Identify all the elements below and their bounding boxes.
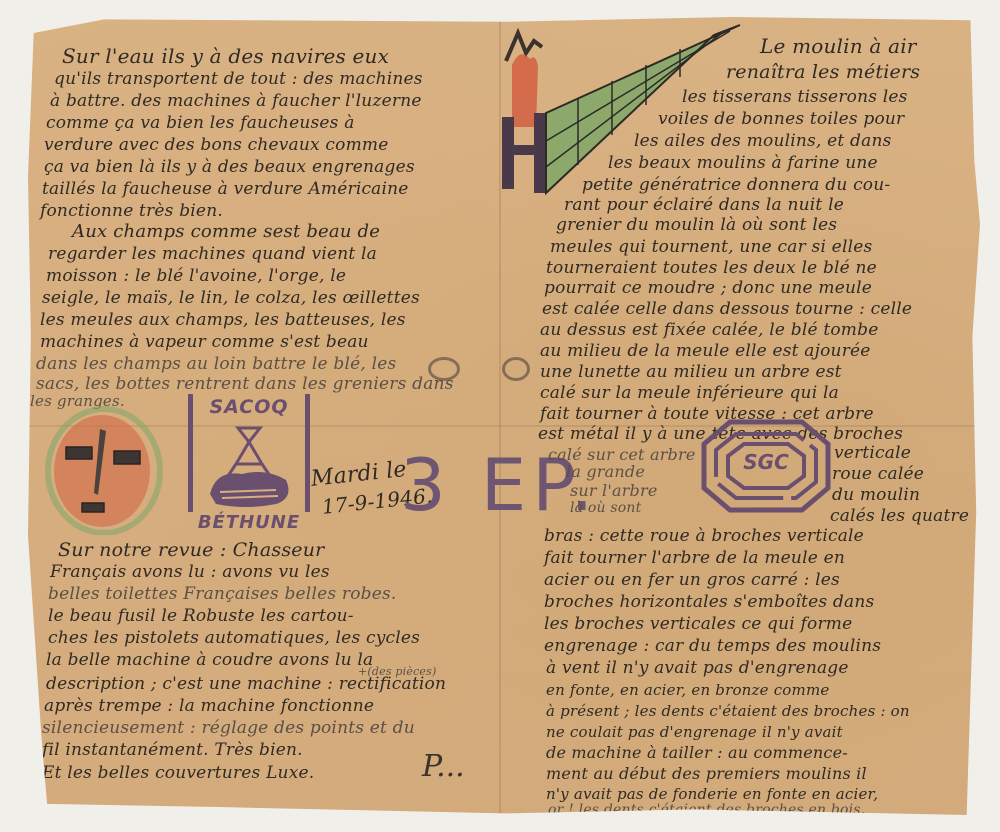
text-line: machines à vapeur comme s'est beau (40, 331, 369, 353)
text-line: ment au début des premiers moulins il (546, 763, 867, 785)
text-line: regarder les machines quand vient la (48, 243, 377, 265)
text-line: Le moulin à air (760, 35, 917, 57)
date-label: Mardi le (310, 459, 408, 491)
sgc-stamp: SGC (700, 418, 832, 514)
text-line: verticale (834, 442, 911, 464)
text-line: est calée celle dans dessous tourne : ce… (542, 298, 912, 320)
text-line: au dessus est fixée calée, le blé tombe (540, 319, 878, 341)
text-line: seigle, le maïs, le lin, le colza, les œ… (42, 287, 420, 309)
text-line: bras : cette roue à broches verticale (544, 525, 864, 547)
stamp-title: SACOQ (188, 396, 310, 418)
text-line: description ; c'est une machine : rectif… (46, 673, 446, 695)
signature: P... (422, 749, 465, 784)
text-line: calé sur la meule inférieure qui la (540, 382, 839, 404)
text-line: ça va bien là ils y à des beaux engrenag… (44, 156, 415, 178)
text-line: les meules aux champs, les batteuses, le… (40, 309, 406, 331)
text-line: les broches verticales ce qui forme (544, 613, 852, 635)
text-line: une lunette au milieu un arbre est (540, 361, 842, 383)
text-line: la belle machine à coudre avons lu la (46, 649, 373, 671)
text-line: après trempe : la machine fonctionne (44, 695, 374, 717)
coal-mine-headframe-icon (206, 424, 292, 508)
letter-paper: Sur l'eau ils y à des navires eux qu'ils… (28, 17, 980, 815)
text-line: comme ça va bien les faucheuses à (46, 112, 355, 134)
text-line: broches horizontales s'emboîtes dans (544, 591, 874, 613)
text-line: dans les champs au loin battre le blé, l… (36, 353, 396, 375)
text-line: silencieusement : réglage des points et … (42, 717, 415, 739)
text-line: verdure avec des bons chevaux comme (44, 134, 388, 156)
text-line: taillés la faucheuse à verdure Américain… (42, 178, 409, 200)
sgc-label: SGC (740, 450, 792, 474)
text-line: Sur l'eau ils y à des navires eux (62, 45, 389, 67)
saco-bethune-stamp: SACOQ BÉTHUNE (188, 390, 310, 538)
text-line: fonctionne très bien. (40, 200, 223, 222)
text-line: en fonte, en acier, en bronze comme (546, 679, 829, 701)
text-line: voiles de bonnes toiles pour (658, 108, 904, 130)
text-line: Sur notre revue : Chasseur (58, 539, 324, 561)
text-line: de machine à tailler : au commence- (546, 742, 848, 764)
text-line: les ailes des moulins, et dans (634, 130, 892, 152)
text-line: pourrait ce moudre ; donc une meule (544, 277, 872, 299)
text-line: grenier du moulin là où sont les (556, 214, 837, 236)
text-line: petite génératrice donnera du cou- (582, 174, 890, 196)
text-line: Aux champs comme sest beau de (72, 221, 380, 243)
right-column: Le moulin à air renaîtra les métiers les… (498, 17, 980, 815)
text-line: rant pour éclairé dans la nuit le (564, 194, 844, 216)
text-line: à présent ; les dents c'étaient des broc… (546, 700, 910, 722)
text-line: à battre. des machines à faucher l'luzer… (50, 90, 422, 112)
text-line: les beaux moulins à farine une (608, 152, 878, 174)
face-drawing-icon (42, 405, 172, 535)
text-line: Français avons lu : avons vu les (50, 561, 330, 583)
text-line: renaîtra les métiers (726, 61, 920, 83)
text-line: acier ou en fer un gros carré : les (544, 569, 840, 591)
stamp-city: BÉTHUNE (188, 512, 310, 533)
text-line: les tisserans tisserons les (682, 86, 908, 108)
text-line: Et les belles couvertures Luxe. (42, 762, 314, 784)
text-line: là où sont (570, 497, 641, 519)
text-line: engrenage : car du temps des moulins (544, 635, 881, 657)
text-line: calés les quatre (830, 505, 969, 527)
text-line: au milieu de la meule elle est ajourée (540, 340, 871, 362)
text-line: moisson : le blé l'avoine, l'orge, le (46, 265, 346, 287)
text-line: du moulin (832, 484, 920, 506)
text-line: à vent il n'y avait pas d'engrenage (546, 657, 849, 679)
text-line: meules qui tournent, une car si elles (550, 236, 872, 258)
text-line: belles toilettes Françaises belles robes… (48, 583, 397, 605)
text-line: qu'ils transportent de tout : des machin… (54, 68, 423, 90)
text-line: ne coulait pas d'engrenage il n'y avait (546, 721, 843, 743)
text-line: fait tourner l'arbre de la meule en (544, 547, 845, 569)
text-line: tourneraient toutes les deux le blé ne (546, 257, 877, 279)
text-line: le beau fusil le Robuste les cartou- (48, 605, 354, 627)
text-line: or ! les dents c'étaient des broches en … (548, 799, 865, 821)
text-line: ches les pistolets automatiques, les cyc… (48, 627, 420, 649)
text-line: roue calée (832, 463, 924, 485)
pencil-eye-sketch-icon (428, 357, 460, 381)
left-column: Sur l'eau ils y à des navires eux qu'ils… (28, 17, 498, 815)
text-line: fil instantanément. Très bien. (42, 739, 303, 761)
